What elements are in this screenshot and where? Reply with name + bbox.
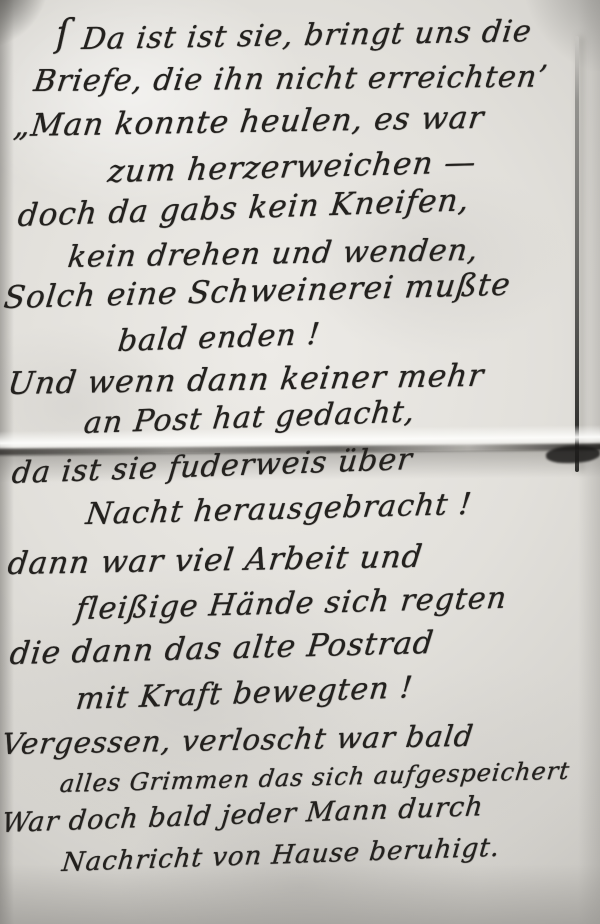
handwriting-line: bald enden !	[116, 317, 322, 359]
page-edge-right	[575, 36, 579, 472]
handwriting-line: ſ	[55, 12, 71, 55]
handwriting-line: Briefe, die ihn nicht erreichten’	[32, 59, 550, 99]
handwriting-line: dann war viel Arbeit und	[6, 539, 425, 582]
letter-photo: ſDa ist ist sie, bringt uns dieBriefe, d…	[0, 0, 600, 924]
